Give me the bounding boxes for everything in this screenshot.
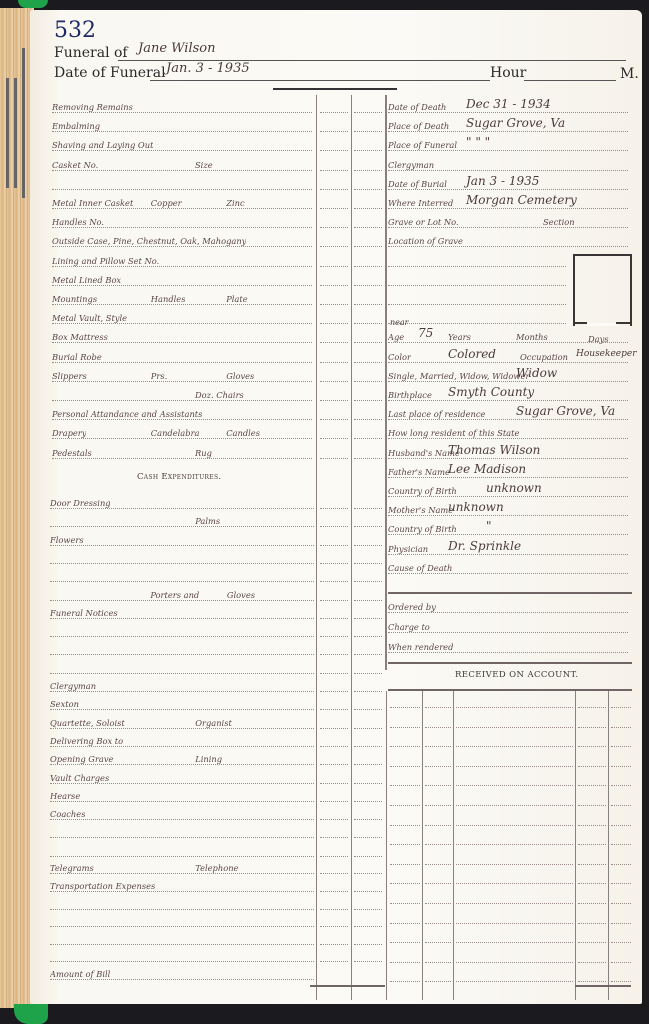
amount-cents-cell[interactable]: [354, 544, 382, 546]
account-description-cell[interactable]: [456, 843, 573, 845]
amount-cents-cell[interactable]: [354, 226, 382, 228]
death-info-value[interactable]: " " ": [466, 135, 490, 149]
account-ref-cell[interactable]: [425, 706, 451, 708]
account-description-cell[interactable]: [456, 922, 573, 924]
cash-row-dotted-line: [50, 635, 314, 637]
amount-dollars-cell[interactable]: [320, 782, 348, 784]
account-description-cell[interactable]: [456, 706, 573, 708]
cash-expenditures-title: Cash Expenditures.: [137, 472, 221, 482]
amount-cents-cell[interactable]: [354, 836, 382, 838]
age-line: [388, 341, 628, 343]
account-description-cell[interactable]: [456, 980, 573, 982]
personal-info-line: [388, 533, 628, 535]
personal-info-line: [388, 553, 628, 555]
amount-dollars-cell[interactable]: [320, 960, 348, 962]
account-column-divider: [608, 691, 609, 1000]
personal-info-line: [388, 437, 628, 439]
page-edge-shadow: [6, 78, 9, 188]
amount-cents-cell[interactable]: [354, 130, 382, 132]
account-ref-cell[interactable]: [425, 961, 451, 963]
death-info-value[interactable]: Jan 3 - 1935: [466, 174, 539, 188]
account-cents-cell[interactable]: [611, 863, 631, 865]
amount-dollars-cell[interactable]: [320, 507, 348, 509]
account-ref-cell[interactable]: [425, 804, 451, 806]
amount-dollars-cell[interactable]: [320, 708, 348, 710]
account-column-divider: [422, 691, 423, 1000]
header-underline: [273, 88, 397, 90]
amount-dollars-cell[interactable]: [320, 341, 348, 343]
amount-dollars-cell[interactable]: [320, 745, 348, 747]
account-description-cell[interactable]: [456, 804, 573, 806]
account-dollars-cell[interactable]: [578, 765, 606, 767]
amount-cents-cell[interactable]: [354, 418, 382, 420]
amount-dollars-cell[interactable]: [320, 836, 348, 838]
death-info-line: [388, 188, 628, 190]
cash-row-dotted-line: [50, 599, 314, 601]
amount-cents-cell[interactable]: [354, 188, 382, 190]
occupation-value[interactable]: Housekeeper: [576, 349, 637, 359]
date-of-funeral-label: Date of Funeral: [54, 65, 166, 81]
amount-cents-cell[interactable]: [354, 890, 382, 892]
amount-dollars-cell[interactable]: [320, 763, 348, 765]
amount-dollars-cell[interactable]: [320, 149, 348, 151]
account-date-cell[interactable]: [390, 843, 420, 845]
personal-info-value[interactable]: Dr. Sprinkle: [448, 539, 521, 553]
amount-cents-cell[interactable]: [354, 457, 382, 459]
account-ref-cell[interactable]: [425, 863, 451, 865]
personal-info-line: [388, 476, 628, 478]
personal-info-value[interactable]: Thomas Wilson: [448, 443, 540, 457]
account-cents-cell[interactable]: [611, 941, 631, 943]
amount-dollars-cell[interactable]: [320, 818, 348, 820]
account-dollars-cell[interactable]: [578, 980, 606, 982]
personal-info-line: [388, 418, 628, 420]
cash-row-dotted-line: [50, 782, 314, 784]
received-on-account-title: RECEIVED ON ACCOUNT.: [455, 670, 578, 680]
amount-cents-cell[interactable]: [354, 169, 382, 171]
expense-row-dotted-line: [52, 111, 312, 113]
page-edge-shadow: [14, 78, 17, 188]
cash-row-dotted-line: [50, 672, 314, 674]
cash-row-dotted-line: [50, 745, 314, 747]
cash-row-dotted-line: [50, 943, 314, 945]
cash-row-dotted-line: [50, 818, 314, 820]
account-ref-cell[interactable]: [425, 765, 451, 767]
account-description-cell[interactable]: [456, 824, 573, 826]
death-info-line: [388, 169, 628, 171]
cash-row-dotted-line: [50, 690, 314, 692]
account-cents-cell[interactable]: [611, 765, 631, 767]
amount-cents-cell[interactable]: [354, 800, 382, 802]
amount-cents-cell[interactable]: [354, 855, 382, 857]
expense-row-dotted-line: [52, 303, 312, 305]
amount-cents-cell[interactable]: [354, 672, 382, 674]
account-description-cell[interactable]: [456, 882, 573, 884]
death-info-line: [388, 207, 628, 209]
expense-row-dotted-line: [52, 169, 312, 171]
amount-cents-cell[interactable]: [354, 635, 382, 637]
amount-cents-cell[interactable]: [354, 745, 382, 747]
cash-row-dotted-line: [50, 562, 314, 564]
account-date-cell[interactable]: [390, 902, 420, 904]
personal-info-line: [388, 514, 628, 516]
amount-dollars-cell[interactable]: [320, 800, 348, 802]
column-divider: [316, 95, 317, 1000]
account-date-cell[interactable]: [390, 941, 420, 943]
account-description-cell[interactable]: [456, 902, 573, 904]
amount-cents-cell[interactable]: [354, 380, 382, 382]
account-total-rule: [575, 985, 631, 987]
cash-row-dotted-line: [50, 800, 314, 802]
expense-row-dotted-line: [52, 265, 312, 267]
expense-row-dotted-line: [52, 437, 312, 439]
account-cents-cell[interactable]: [611, 961, 631, 963]
account-ref-cell[interactable]: [425, 745, 451, 747]
account-date-cell[interactable]: [390, 980, 420, 982]
amount-dollars-cell[interactable]: [320, 245, 348, 247]
amount-dollars-cell[interactable]: [320, 284, 348, 286]
account-description-cell[interactable]: [456, 784, 573, 786]
expense-row-dotted-line: [52, 226, 312, 228]
green-bookmark-tab: [14, 1004, 48, 1024]
account-dollars-cell[interactable]: [578, 745, 606, 747]
account-dollars-cell[interactable]: [578, 902, 606, 904]
expense-row-dotted-line: [52, 418, 312, 420]
amount-cents-cell[interactable]: [354, 303, 382, 305]
account-date-cell[interactable]: [390, 961, 420, 963]
cash-row-dotted-line: [50, 653, 314, 655]
death-info-line: [388, 149, 628, 151]
amount-cents-cell[interactable]: [354, 265, 382, 267]
personal-info-line: [388, 380, 628, 382]
page-edges: [0, 8, 34, 1008]
amount-cents-cell[interactable]: [354, 562, 382, 564]
account-description-cell[interactable]: [456, 961, 573, 963]
personal-info-value[interactable]: Sugar Grove, Va: [516, 404, 615, 418]
amount-dollars-cell[interactable]: [320, 653, 348, 655]
personal-info-value[interactable]: Smyth County: [448, 385, 534, 399]
amount-dollars-cell[interactable]: [320, 322, 348, 324]
account-dollars-cell[interactable]: [578, 882, 606, 884]
amount-dollars-cell[interactable]: [320, 418, 348, 420]
account-ref-cell[interactable]: [425, 902, 451, 904]
amount-cents-cell[interactable]: [354, 361, 382, 363]
column-divider: [351, 95, 352, 1000]
amount-dollars-cell[interactable]: [320, 169, 348, 171]
cash-row-dotted-line: [50, 855, 314, 857]
grave-diagram-box-edge: [616, 322, 630, 324]
grave-diagram-box: [573, 254, 632, 326]
amount-cents-cell[interactable]: [354, 908, 382, 910]
account-column-divider: [453, 691, 454, 1000]
account-dollars-cell[interactable]: [578, 941, 606, 943]
account-ref-cell[interactable]: [425, 843, 451, 845]
account-ref-cell[interactable]: [425, 941, 451, 943]
personal-info-line: [388, 361, 628, 363]
account-date-cell[interactable]: [390, 726, 420, 728]
amount-cents-cell[interactable]: [354, 437, 382, 439]
cash-row-dotted-line: [50, 525, 314, 527]
death-info-line: [388, 245, 628, 247]
amount-cents-cell[interactable]: [354, 653, 382, 655]
amount-dollars-cell[interactable]: [320, 727, 348, 729]
ledger-page: 532 Funeral of Jane Wilson Date of Funer…: [30, 10, 642, 1004]
amount-dollars-cell[interactable]: [320, 380, 348, 382]
expense-row-dotted-line: [52, 341, 312, 343]
amount-dollars-cell[interactable]: [320, 599, 348, 601]
account-ref-cell[interactable]: [425, 824, 451, 826]
account-date-cell[interactable]: [390, 863, 420, 865]
amount-cents-cell[interactable]: [354, 111, 382, 113]
account-dollars-cell[interactable]: [578, 843, 606, 845]
account-cents-cell[interactable]: [611, 824, 631, 826]
account-description-cell[interactable]: [456, 726, 573, 728]
personal-info-line: [388, 399, 628, 401]
cash-row-dotted-line: [50, 763, 314, 765]
amount-dollars-cell[interactable]: [320, 457, 348, 459]
cash-row-dotted-line: [50, 544, 314, 546]
cash-row-dotted-line: [50, 580, 314, 582]
account-dollars-cell[interactable]: [578, 863, 606, 865]
amount-dollars-cell[interactable]: [320, 399, 348, 401]
amount-dollars-cell[interactable]: [320, 908, 348, 910]
account-description-cell[interactable]: [456, 863, 573, 865]
account-dollars-cell[interactable]: [578, 922, 606, 924]
amount-dollars-cell[interactable]: [320, 635, 348, 637]
account-cents-cell[interactable]: [611, 980, 631, 982]
account-date-cell[interactable]: [390, 824, 420, 826]
death-info-value[interactable]: Sugar Grove, Va: [466, 116, 565, 130]
age-value[interactable]: 75: [418, 326, 433, 340]
blank-line: [388, 265, 566, 267]
account-cents-cell[interactable]: [611, 726, 631, 728]
personal-info-line: [388, 495, 628, 497]
amount-cents-cell[interactable]: [354, 149, 382, 151]
expense-row-dotted-line: [52, 188, 312, 190]
account-cents-cell[interactable]: [611, 843, 631, 845]
personal-info-line: [388, 457, 628, 459]
amount-dollars-cell[interactable]: [320, 265, 348, 267]
account-cents-cell[interactable]: [611, 882, 631, 884]
amount-cents-cell[interactable]: [354, 507, 382, 509]
death-info-line: [388, 111, 628, 113]
funeral-of-label: Funeral of: [54, 45, 128, 61]
amount-cents-cell[interactable]: [354, 818, 382, 820]
account-ref-cell[interactable]: [425, 980, 451, 982]
personal-info-value[interactable]: unknown: [486, 481, 542, 495]
amount-dollars-cell[interactable]: [320, 361, 348, 363]
amount-cents-cell[interactable]: [354, 245, 382, 247]
funeral-of-value[interactable]: Jane Wilson: [138, 41, 215, 56]
account-column-divider: [575, 691, 576, 1000]
amount-cents-cell[interactable]: [354, 943, 382, 945]
amount-dollars-cell[interactable]: [320, 111, 348, 113]
amount-cents-cell[interactable]: [354, 708, 382, 710]
amount-cents-cell[interactable]: [354, 207, 382, 209]
account-cents-cell[interactable]: [611, 922, 631, 924]
section-rule: [388, 689, 632, 691]
amount-dollars-cell[interactable]: [320, 925, 348, 927]
section-rule: [388, 662, 632, 664]
expense-row-dotted-line: [52, 284, 312, 286]
green-bookmark-tab: [18, 0, 48, 8]
account-dollars-cell[interactable]: [578, 824, 606, 826]
death-info-line: [388, 226, 628, 228]
amount-dollars-cell[interactable]: [320, 544, 348, 546]
cash-row-dotted-line: [50, 960, 314, 962]
amount-cents-cell[interactable]: [354, 284, 382, 286]
account-date-cell[interactable]: [390, 922, 420, 924]
amount-cents-cell[interactable]: [354, 925, 382, 927]
cash-row-dotted-line: [50, 836, 314, 838]
expense-row-dotted-line: [52, 130, 312, 132]
account-date-cell[interactable]: [390, 804, 420, 806]
account-date-cell[interactable]: [390, 882, 420, 884]
account-description-cell[interactable]: [456, 765, 573, 767]
amount-cents-cell[interactable]: [354, 525, 382, 527]
account-cents-cell[interactable]: [611, 745, 631, 747]
cash-row-dotted-line: [50, 908, 314, 910]
account-ref-cell[interactable]: [425, 882, 451, 884]
total-rule: [310, 985, 385, 987]
cash-row-dotted-line: [50, 872, 314, 874]
amount-cents-cell[interactable]: [354, 763, 382, 765]
personal-info-value[interactable]: Widow: [516, 366, 557, 380]
personal-info-value[interactable]: Colored: [448, 347, 496, 361]
amount-dollars-cell[interactable]: [320, 580, 348, 582]
order-line[interactable]: [388, 631, 628, 633]
amount-dollars-cell[interactable]: [320, 207, 348, 209]
hour-line: [524, 80, 616, 81]
personal-info-value[interactable]: Lee Madison: [448, 462, 526, 476]
expense-row-dotted-line: [52, 245, 312, 247]
amount-cents-cell[interactable]: [354, 617, 382, 619]
account-description-cell[interactable]: [456, 941, 573, 943]
amount-dollars-cell[interactable]: [320, 188, 348, 190]
account-ref-cell[interactable]: [425, 784, 451, 786]
amount-dollars-cell[interactable]: [320, 855, 348, 857]
account-cents-cell[interactable]: [611, 784, 631, 786]
meridiem-label: M.: [620, 66, 639, 82]
amount-cents-cell[interactable]: [354, 322, 382, 324]
expense-row-dotted-line: [52, 399, 312, 401]
order-line[interactable]: [388, 611, 628, 613]
amount-dollars-cell[interactable]: [320, 690, 348, 692]
amount-cents-cell[interactable]: [354, 690, 382, 692]
death-info-line: [388, 130, 628, 132]
account-dollars-cell[interactable]: [578, 784, 606, 786]
blank-line: [388, 303, 566, 305]
expense-row-dotted-line: [52, 207, 312, 209]
amount-dollars-cell[interactable]: [320, 872, 348, 874]
age-note: near: [390, 318, 408, 327]
amount-dollars-cell[interactable]: [320, 525, 348, 527]
cash-row-dotted-line: [50, 978, 314, 980]
amount-cents-cell[interactable]: [354, 960, 382, 962]
date-of-funeral-line: [150, 80, 490, 81]
cash-row-dotted-line: [50, 727, 314, 729]
cash-row-dotted-line: [50, 617, 314, 619]
amount-cents-cell[interactable]: [354, 782, 382, 784]
amount-dollars-cell[interactable]: [320, 672, 348, 674]
personal-info-line: [388, 572, 628, 574]
death-info-value[interactable]: Dec 31 - 1934: [466, 97, 551, 111]
amount-dollars-cell[interactable]: [320, 617, 348, 619]
amount-dollars-cell[interactable]: [320, 303, 348, 305]
account-ref-cell[interactable]: [425, 922, 451, 924]
expense-row-dotted-line: [52, 149, 312, 151]
amount-cents-cell[interactable]: [354, 872, 382, 874]
expense-row-dotted-line: [52, 380, 312, 382]
account-description-cell[interactable]: [456, 745, 573, 747]
account-date-cell[interactable]: [390, 784, 420, 786]
amount-dollars-cell[interactable]: [320, 437, 348, 439]
amount-cents-cell[interactable]: [354, 341, 382, 343]
amount-dollars-cell[interactable]: [320, 890, 348, 892]
cash-row-dotted-line: [50, 890, 314, 892]
amount-cents-cell[interactable]: [354, 599, 382, 601]
right-column-border: [386, 95, 387, 670]
account-date-cell[interactable]: [390, 706, 420, 708]
cash-row-dotted-line: [50, 925, 314, 927]
date-of-funeral-value[interactable]: Jan. 3 - 1935: [166, 61, 250, 76]
hour-label: Hour: [490, 65, 526, 81]
personal-info-value[interactable]: ": [486, 519, 492, 533]
account-cents-cell[interactable]: [611, 804, 631, 806]
account-cents-cell[interactable]: [611, 902, 631, 904]
death-info-value[interactable]: Morgan Cemetery: [466, 193, 577, 207]
amount-dollars-cell[interactable]: [320, 562, 348, 564]
blank-line: [388, 322, 566, 324]
expense-row-dotted-line: [52, 361, 312, 363]
account-dollars-cell[interactable]: [578, 706, 606, 708]
account-column-divider: [386, 691, 387, 1000]
account-ref-cell[interactable]: [425, 726, 451, 728]
grave-diagram-box-edge: [573, 322, 587, 324]
expense-row-dotted-line: [52, 457, 312, 459]
page-edge-shadow: [22, 48, 25, 198]
amount-dollars-cell[interactable]: [320, 943, 348, 945]
account-dollars-cell[interactable]: [578, 961, 606, 963]
section-rule: [388, 592, 632, 594]
amount-dollars-cell[interactable]: [320, 226, 348, 228]
account-dollars-cell[interactable]: [578, 804, 606, 806]
account-dollars-cell[interactable]: [578, 726, 606, 728]
amount-dollars-cell[interactable]: [320, 130, 348, 132]
amount-cents-cell[interactable]: [354, 580, 382, 582]
account-date-cell[interactable]: [390, 745, 420, 747]
personal-info-value[interactable]: unknown: [448, 500, 504, 514]
blank-line: [388, 284, 566, 286]
account-cents-cell[interactable]: [611, 706, 631, 708]
amount-cents-cell[interactable]: [354, 399, 382, 401]
account-date-cell[interactable]: [390, 765, 420, 767]
cash-row-dotted-line: [50, 708, 314, 710]
cash-row-dotted-line: [50, 507, 314, 509]
page-number: 532: [54, 18, 96, 43]
order-line[interactable]: [388, 651, 628, 653]
expense-row-dotted-line: [52, 322, 312, 324]
amount-cents-cell[interactable]: [354, 727, 382, 729]
